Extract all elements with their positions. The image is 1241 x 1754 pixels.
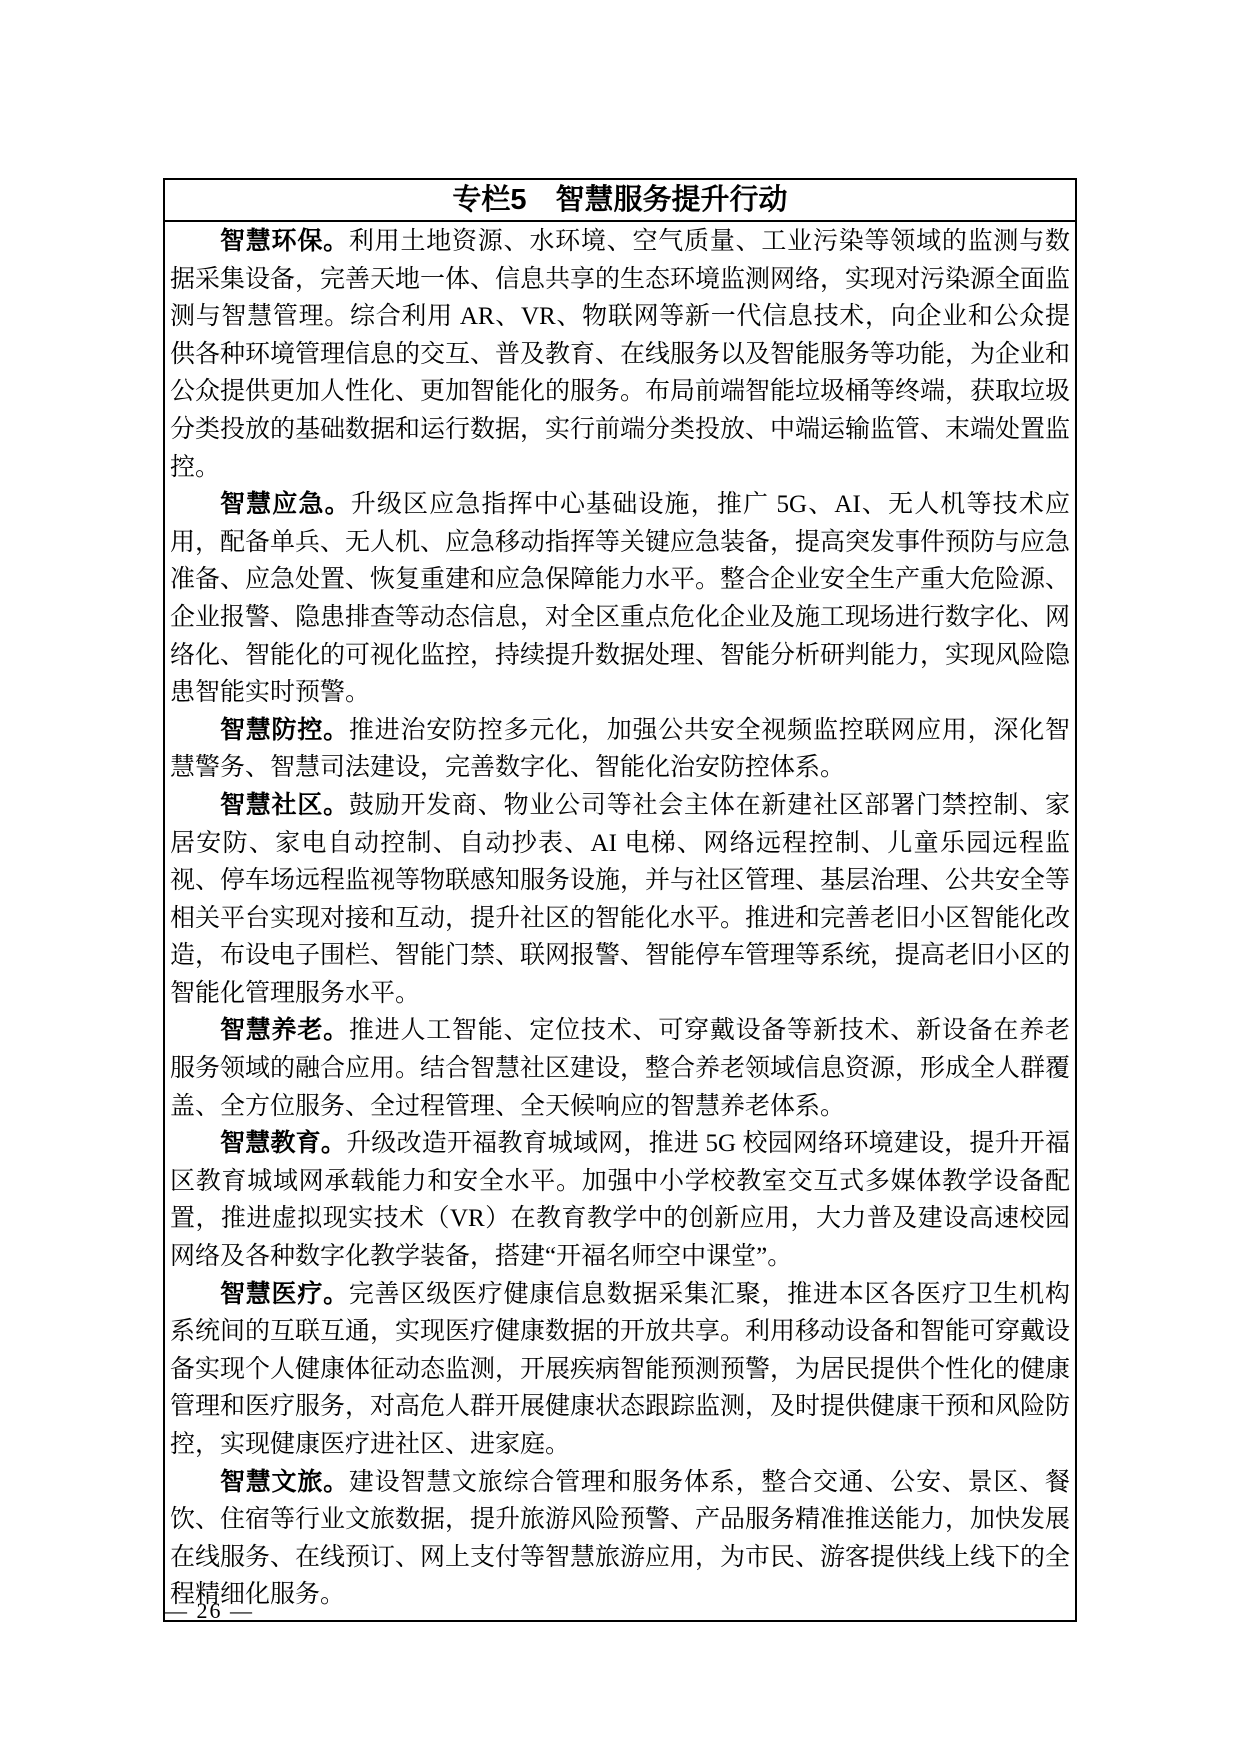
column-5-box: 专栏5 智慧服务提升行动 智慧环保。利用土地资源、水环境、空气质量、工业污染等领… xyxy=(163,178,1077,1622)
paragraph-lead-smart-eldercare: 智慧养老。 xyxy=(220,1016,349,1044)
paragraph-smart-environment: 智慧环保。利用土地资源、水环境、空气质量、工业污染等领域的监测与数据采集设备，完… xyxy=(170,223,1070,486)
paragraph-smart-tourism: 智慧文旅。建设智慧文旅综合管理和服务体系，整合交通、公安、景区、餐饮、住宿等行业… xyxy=(170,1464,1070,1614)
paragraph-smart-prevention: 智慧防控。推进治安防控多元化，加强公共安全视频监控联网应用，深化智慧警务、智慧司… xyxy=(170,712,1070,787)
paragraph-smart-eldercare: 智慧养老。推进人工智能、定位技术、可穿戴设备等新技术、新设备在养老服务领域的融合… xyxy=(170,1012,1070,1125)
paragraph-lead-smart-education: 智慧教育。 xyxy=(220,1129,346,1157)
paragraph-lead-smart-emergency: 智慧应急。 xyxy=(220,490,351,518)
paragraph-lead-smart-community: 智慧社区。 xyxy=(220,791,349,819)
paragraph-smart-healthcare: 智慧医疗。完善区级医疗健康信息数据采集汇聚，推进本区各医疗卫生机构系统间的互联互… xyxy=(170,1276,1070,1464)
page-number: — 26 — xyxy=(165,1598,254,1624)
paragraph-smart-education: 智慧教育。升级改造开福教育城域网，推进 5G 校园网络环境建设，提升开福区教育城… xyxy=(170,1125,1070,1275)
paragraph-lead-smart-prevention: 智慧防控。 xyxy=(220,716,349,744)
paragraph-text-smart-emergency: 升级区应急指挥中心基础设施，推广 5G、AI、无人机等技术应用，配备单兵、无人机… xyxy=(170,491,1070,706)
document-page: 专栏5 智慧服务提升行动 智慧环保。利用土地资源、水环境、空气质量、工业污染等领… xyxy=(0,0,1241,1754)
paragraph-text-smart-community: 鼓励开发商、物业公司等社会主体在新建社区部署门禁控制、家居安防、家电自动控制、自… xyxy=(170,792,1070,1007)
paragraph-smart-community: 智慧社区。鼓励开发商、物业公司等社会主体在新建社区部署门禁控制、家居安防、家电自… xyxy=(170,787,1070,1013)
box-title: 专栏5 智慧服务提升行动 xyxy=(165,180,1075,222)
paragraph-lead-smart-tourism: 智慧文旅。 xyxy=(220,1468,349,1496)
paragraph-text-smart-environment: 利用土地资源、水环境、空气质量、工业污染等领域的监测与数据采集设备，完善天地一体… xyxy=(170,228,1070,481)
paragraph-lead-smart-environment: 智慧环保。 xyxy=(220,227,349,255)
paragraph-lead-smart-healthcare: 智慧医疗。 xyxy=(220,1280,349,1308)
paragraph-smart-emergency: 智慧应急。升级区应急指挥中心基础设施，推广 5G、AI、无人机等技术应用，配备单… xyxy=(170,486,1070,712)
box-body: 智慧环保。利用土地资源、水环境、空气质量、工业污染等领域的监测与数据采集设备，完… xyxy=(165,222,1075,1620)
